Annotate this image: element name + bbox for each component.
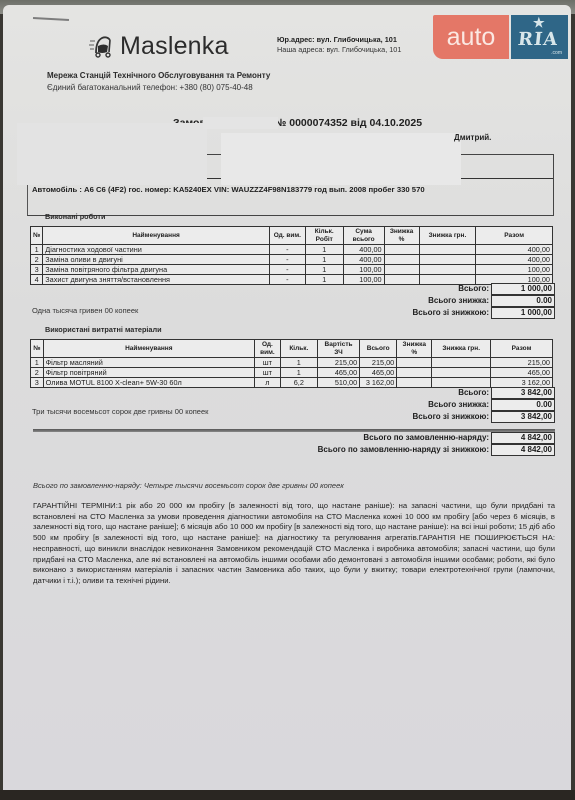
works-section-title: Виконані роботи [45,212,105,221]
table-cell: 400,00 [476,255,553,265]
works-with-discount-value: 1 000,00 [491,307,555,319]
redacted-area [221,133,461,185]
works-with-discount-label: Всього зі знижкою: [303,308,489,317]
warranty-terms: ГАРАНТІЙНІ ТЕРМІНИ:1 рік або 20 000 км п… [33,501,555,587]
table-cell: Захист двигуна зняття/встановлення [43,275,270,285]
grand-with-discount-value: 4 842,00 [491,444,555,456]
company-tagline: Мережа Станцій Технічного Обслуговування… [47,71,270,80]
client-name-partial: Дмитрий. [454,133,491,142]
materials-table: №НайменуванняОд. вим.Кільк.Вартість ЗЧВс… [30,339,553,388]
column-header: Кільк. Робіт [305,227,343,245]
table-row: 3Заміна повітряного фільтра двигуна-1100… [31,265,553,275]
grand-total-value: 4 842,00 [491,432,555,444]
table-cell: 2 [31,368,44,378]
background-surface-bottom [0,790,575,800]
materials-total-label: Всього: [303,388,489,397]
table-cell: 1 [280,368,317,378]
works-total-value: 1 000,00 [491,283,555,295]
table-cell: Заміна оливи в двигуні [43,255,270,265]
table-cell: 1 [31,245,43,255]
table-cell: 400,00 [343,255,384,265]
table-cell: Заміна повітряного фільтра двигуна [43,265,270,275]
table-cell: 6,2 [280,378,317,388]
table-cell [384,275,419,285]
pen-mark [33,17,69,21]
table-cell: 400,00 [343,245,384,255]
table-cell: Діагностика ходової частини [43,245,270,255]
table-cell: 3 162,00 [360,378,397,388]
column-header: Знижка грн. [432,340,491,358]
table-cell: 215,00 [360,358,397,368]
column-header: Сума всього [343,227,384,245]
table-cell: 465,00 [491,368,553,378]
car-info: Автомобіль : A6 C6 (4F2) гос. номер: KA5… [32,185,425,194]
document-page: Maslenka Мережа Станцій Технічного Обслу… [3,5,571,790]
table-cell [384,245,419,255]
column-header: Всього [360,340,397,358]
materials-with-discount-label: Всього зі знижкою: [303,412,489,421]
table-cell: 510,00 [317,378,359,388]
table-cell: 1 [280,358,317,368]
table-cell: 1 [305,265,343,275]
table-cell: 4 [31,275,43,285]
grand-with-discount-label: Всього по замовленню-наряду зі знижкою: [203,445,489,454]
table-cell [419,245,476,255]
table-cell: 1 [31,358,44,368]
works-discount-label: Всього знижка: [303,296,489,305]
table-cell: 215,00 [491,358,553,368]
column-header: Знижка грн. [419,227,476,245]
table-cell: Фільтр повітряний [43,368,254,378]
column-header: Од. вим. [269,227,305,245]
legal-address: Юр.адрес: вул. Глибочицька, 101 [277,35,397,44]
table-cell: 1 [305,245,343,255]
table-row: 2Фільтр повітрянийшт1465,00465,00465,00 [31,368,553,378]
column-header: Разом [476,227,553,245]
table-cell: л [255,378,281,388]
redacted-area [17,123,207,185]
column-header: Кільк. [280,340,317,358]
table-cell [397,378,432,388]
table-row: 4Захист двигуна зняття/встановлення-1100… [31,275,553,285]
works-table: №НайменуванняОд. вим.Кільк. РобітСума вс… [30,226,553,285]
table-cell: шт [255,368,281,378]
watermark-ria-text: RIA [517,29,560,50]
table-cell [397,368,432,378]
redacted-area [203,117,278,129]
column-header: Вартість ЗЧ [317,340,359,358]
our-address: Наша адреса: вул. Глибочицька, 101 [277,45,401,54]
divider [33,429,555,432]
table-cell: - [269,245,305,255]
column-header: Найменування [43,227,270,245]
company-phone: Єдиний багатоканальний телефон: +380 (80… [47,83,253,92]
oil-can-cart-icon [88,33,114,59]
table-row: 1Фільтр маслянийшт1215,00215,00215,00 [31,358,553,368]
works-total-in-words: Одна тысяча гривен 00 копеек [32,306,138,315]
table-cell: 215,00 [317,358,359,368]
table-cell [432,358,491,368]
table-cell: - [269,275,305,285]
table-row: 1Діагностика ходової частини-1400,00400,… [31,245,553,255]
column-header: Знижка % [397,340,432,358]
table-cell [432,378,491,388]
table-cell: 100,00 [343,265,384,275]
table-cell: 465,00 [360,368,397,378]
company-name: Maslenka [120,32,229,61]
watermark-com: .com [551,50,562,56]
table-cell [384,255,419,265]
column-header: № [31,340,44,358]
grand-total-in-words: Всього по замовленню-наряду: Четыре тыся… [33,481,344,490]
table-cell: 100,00 [343,275,384,285]
materials-discount-label: Всього знижка: [303,400,489,409]
company-logo: Maslenka [88,31,229,61]
column-header: Од. вим. [255,340,281,358]
table-cell: 1 [305,255,343,265]
table-cell: 3 162,00 [491,378,553,388]
table-cell [419,275,476,285]
table-cell: - [269,265,305,275]
watermark-auto: auto [433,15,509,59]
table-cell: 3 [31,265,43,275]
table-cell: - [269,255,305,265]
materials-total-value: 3 842,00 [491,387,555,399]
autoria-watermark: auto ★ RIA .com [433,15,568,59]
table-row: 3Олива MOTUL 8100 X-clean+ 5W-30 60лл6,2… [31,378,553,388]
works-discount-value: 0.00 [491,295,555,307]
materials-discount-value: 0.00 [491,399,555,411]
works-total-label: Всього: [303,284,489,293]
materials-section-title: Використані витратні матеріали [45,325,162,334]
materials-with-discount-value: 3 842,00 [491,411,555,423]
table-cell [432,368,491,378]
column-header: Разом [491,340,553,358]
column-header: № [31,227,43,245]
column-header: Знижка % [384,227,419,245]
column-header: Найменування [43,340,254,358]
table-cell [419,255,476,265]
table-cell: 400,00 [476,245,553,255]
table-cell [397,358,432,368]
table-cell: шт [255,358,281,368]
table-cell: 1 [305,275,343,285]
table-cell: 100,00 [476,265,553,275]
table-cell: Фільтр масляний [43,358,254,368]
table-cell [384,265,419,275]
materials-total-in-words: Три тысячи восемьсот сорок две гривны 00… [32,407,208,416]
watermark-ria: ★ RIA .com [511,15,568,59]
grand-total-label: Всього по замовленню-наряду: [203,433,489,442]
table-cell: 465,00 [317,368,359,378]
table-cell [419,265,476,275]
table-cell: 3 [31,378,44,388]
table-cell: 2 [31,255,43,265]
table-row: 2Заміна оливи в двигуні-1400,00400,00 [31,255,553,265]
table-cell: Олива MOTUL 8100 X-clean+ 5W-30 60л [43,378,254,388]
